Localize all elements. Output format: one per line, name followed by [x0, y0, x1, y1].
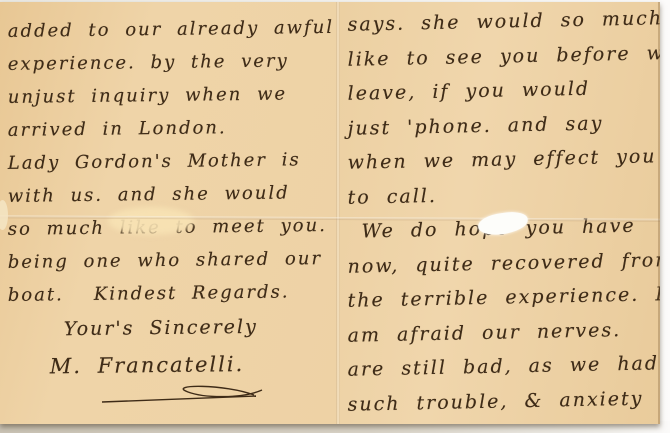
- closing-phrase: Kindest Regards.: [94, 275, 290, 310]
- handwriting-line: being one who shared our: [0, 242, 338, 279]
- handwriting-line: experience. by the very: [0, 44, 338, 81]
- letter-photograph: added to our already awful experience. b…: [0, 0, 670, 433]
- signature-line: M. Francatelli.: [0, 344, 338, 386]
- handwriting-line: Lady Gordon's Mother is: [0, 143, 338, 180]
- handwriting-line: arrived in London.: [0, 110, 338, 147]
- handwriting-line: unjust inquiry when we: [0, 77, 338, 114]
- handwriting-line: such trouble, & anxiety: [338, 381, 660, 422]
- signature-flourish-icon: [96, 382, 271, 406]
- valediction-line: Your's Sincerely: [0, 308, 338, 348]
- handwriting-line: boat. Kindest Regards.: [0, 275, 338, 312]
- letter-paper: added to our already awful experience. b…: [0, 2, 660, 424]
- page-fold-seam: [336, 2, 340, 424]
- paper-discoloration: [108, 207, 194, 235]
- handwriting-line: added to our already awful: [0, 11, 338, 48]
- last-word: boat.: [8, 278, 64, 312]
